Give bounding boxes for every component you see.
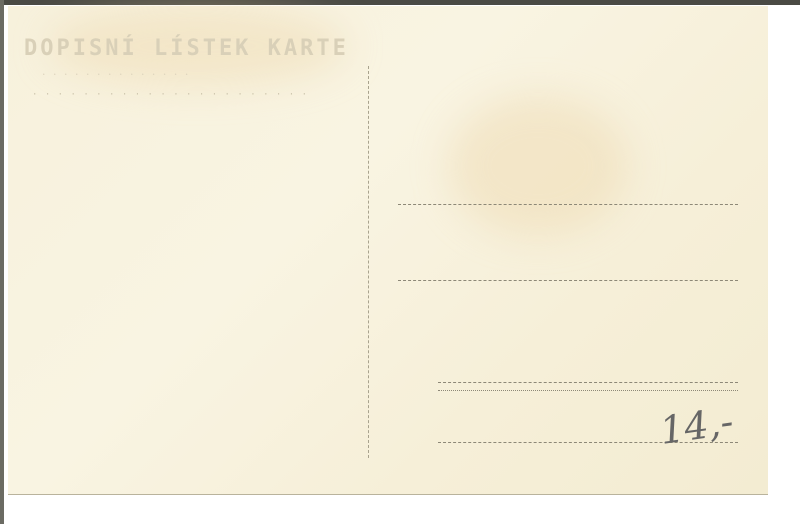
header-title: DOPISNÍ LÍSTEK KARTE: [24, 36, 349, 61]
header-note: · · · · · · · · · · · · · · · · · · · · …: [32, 90, 308, 100]
center-divider: [368, 66, 369, 458]
paper-stain: [448, 96, 628, 236]
header-subline: · · · · · · · · · · · · · ·: [42, 68, 190, 81]
postcard-back: DOPISNÍ LÍSTEK KARTE · · · · · · · · · ·…: [8, 6, 768, 495]
address-line-3b: [438, 390, 738, 391]
handwritten-price: 14,-: [657, 399, 736, 453]
scan-top-edge: [0, 0, 800, 5]
scan-left-edge: [0, 0, 4, 524]
address-line-1: [398, 204, 738, 205]
address-line-3: [438, 382, 738, 383]
address-line-2: [398, 280, 738, 281]
